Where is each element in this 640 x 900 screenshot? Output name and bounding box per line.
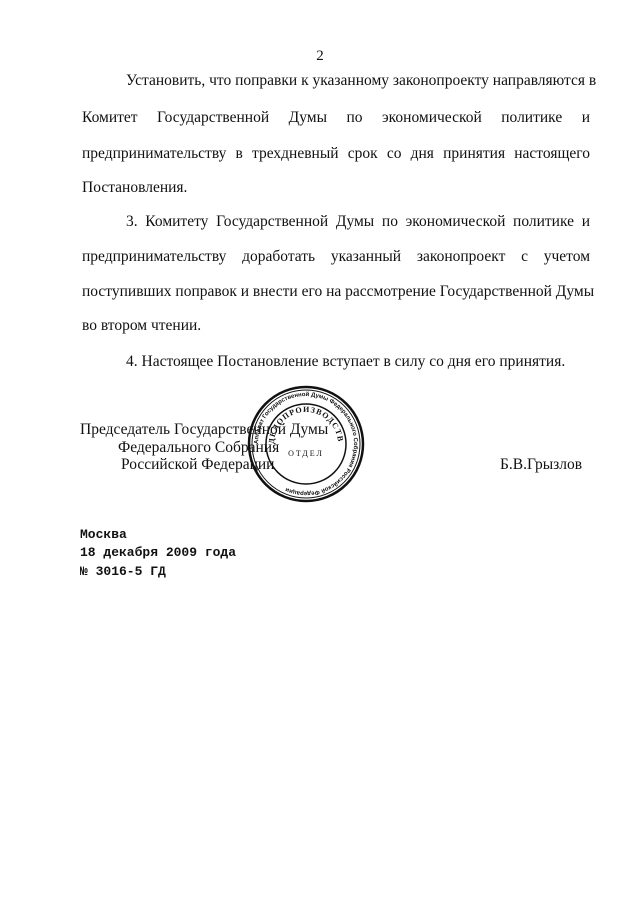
stamp-seal-icon: Аппарат Государственной Думы Федеральног…	[246, 384, 366, 504]
paragraph-line: 3. Комитету Государственной Думы по экон…	[82, 213, 590, 231]
official-stamp: Аппарат Государственной Думы Федеральног…	[246, 384, 366, 504]
paragraph-line: во втором чтении.	[82, 317, 590, 335]
page-number: 2	[0, 48, 640, 65]
paragraph-line: 4. Настоящее Постановление вступает в си…	[82, 353, 590, 371]
paragraph-line: поступивших поправок и внести его на рас…	[82, 283, 590, 301]
date: 18 декабря 2009 года	[80, 544, 236, 562]
paragraph-line: Установить, что поправки к указанному за…	[82, 72, 590, 90]
paragraph-line: предпринимательству в трехдневный срок с…	[82, 145, 590, 163]
paragraph-line: Постановления.	[82, 179, 590, 197]
place: Москва	[80, 526, 127, 544]
paragraph-line: Комитет Государственной Думы по экономич…	[82, 109, 590, 127]
svg-text:ОТДЕЛ: ОТДЕЛ	[288, 449, 324, 458]
document-number: № 3016-5 ГД	[80, 563, 166, 581]
paragraph-line: предпринимательству доработать указанный…	[82, 248, 590, 266]
signatory-name: Б.В.Грызлов	[500, 456, 582, 474]
